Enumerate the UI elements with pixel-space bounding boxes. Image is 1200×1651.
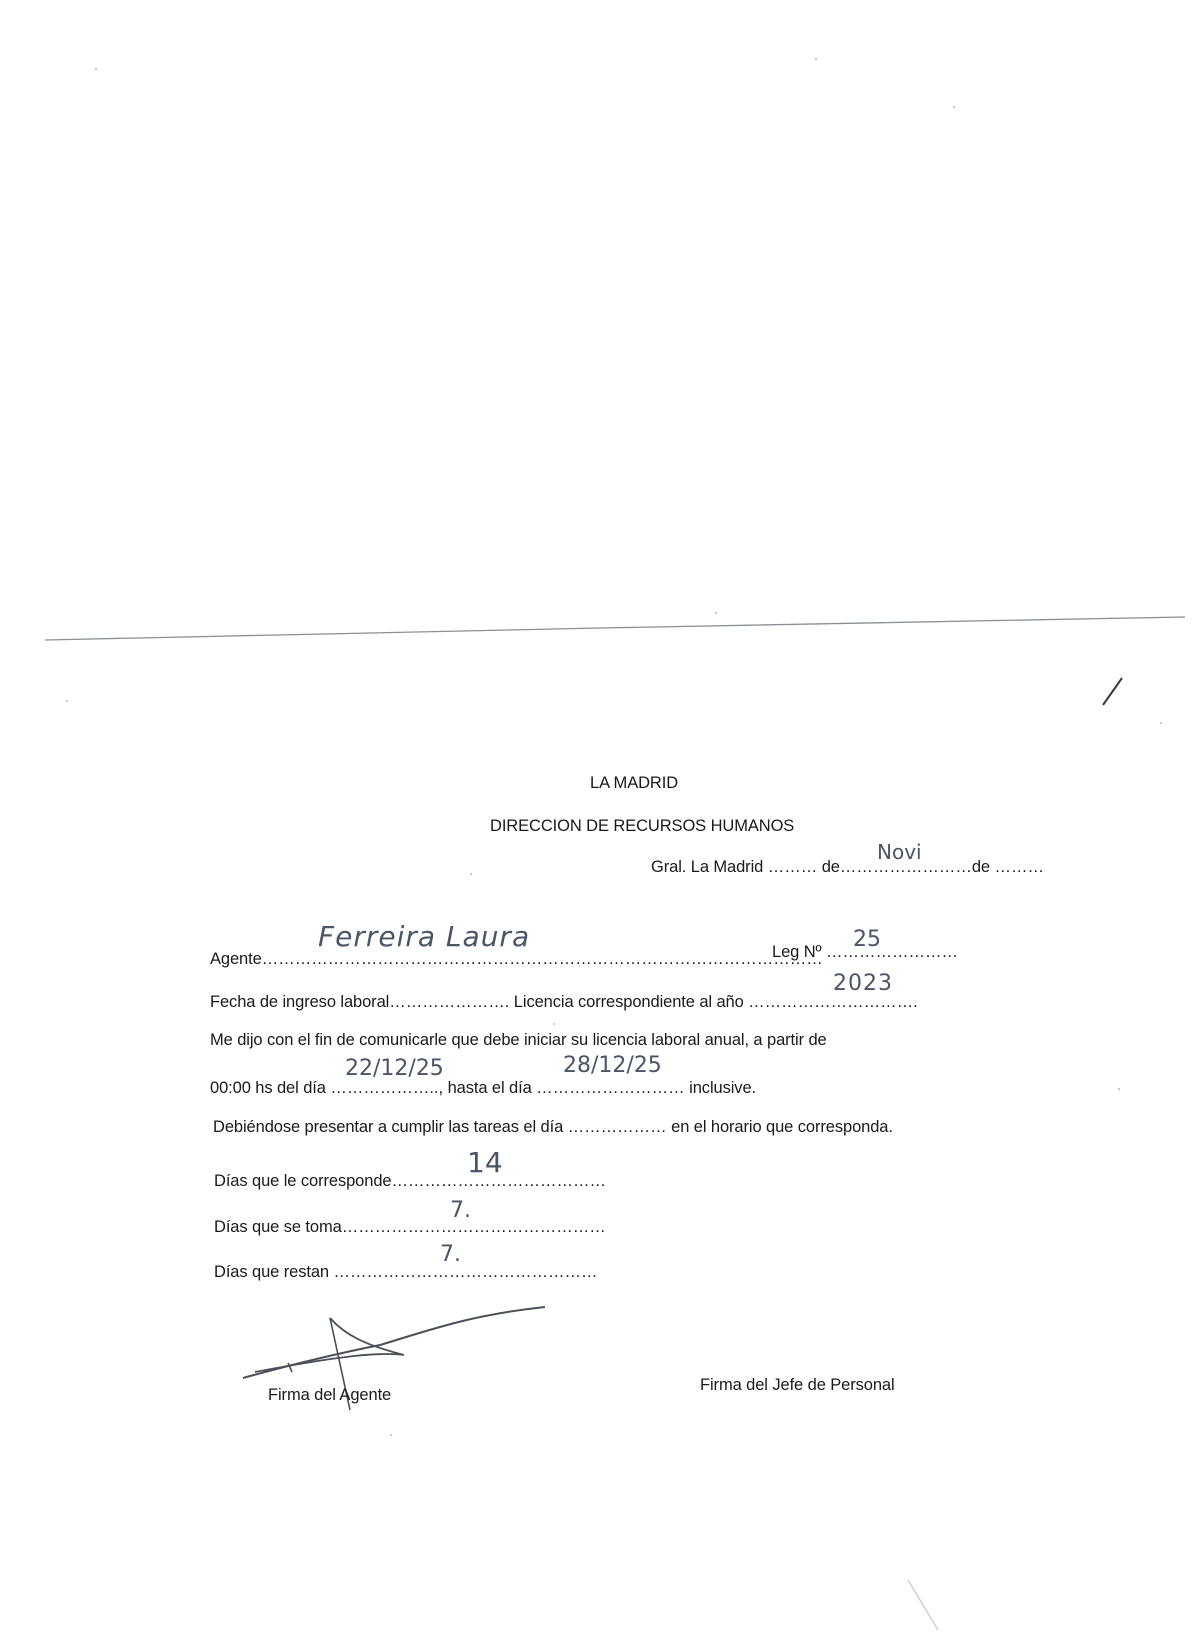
from-date-handwritten: 22/12/25 xyxy=(345,1056,444,1081)
org-heading: LA MADRID xyxy=(590,774,678,793)
days-toma-line: Días que se toma………………………………………… xyxy=(214,1218,606,1237)
scan-scratch xyxy=(908,1580,938,1630)
department-heading: DIRECCION DE RECURSOS HUMANOS xyxy=(490,817,794,836)
day-field[interactable]: ……… xyxy=(768,858,818,876)
return-line: Debiéndose presentar a cumplir las tarea… xyxy=(213,1118,893,1137)
days-toma-value: 7. xyxy=(450,1198,471,1223)
days-toma-field[interactable]: ………………………………………… xyxy=(342,1218,606,1236)
from-date-field[interactable]: ……………….., xyxy=(330,1079,443,1097)
leg-field[interactable]: …………………… xyxy=(826,943,958,961)
days-restan-value: 7. xyxy=(440,1242,461,1267)
ingreso-line: Fecha de ingreso laboral…………………. Licenci… xyxy=(210,993,918,1012)
fecha-ingreso-label: Fecha de ingreso laboral xyxy=(210,993,389,1011)
days-corresponde-value: 14 xyxy=(467,1146,503,1179)
agente-name-handwritten: Ferreira Laura xyxy=(318,920,530,953)
firma-jefe-label: Firma del Jefe de Personal xyxy=(700,1376,895,1395)
year-field[interactable]: ……… xyxy=(994,858,1044,876)
until-date-field[interactable]: ……………………… xyxy=(536,1079,685,1097)
body-line-1: Me dijo con el fin de comunicarle que de… xyxy=(210,1031,827,1050)
agente-label: Agente xyxy=(210,950,262,968)
licencia-year-handwritten: 2023 xyxy=(833,971,893,996)
days-corresponde-line: Días que le corresponde………………………………… xyxy=(214,1172,606,1191)
leg-number-handwritten: 25 xyxy=(853,927,881,952)
month-handwritten: Novi xyxy=(877,840,922,864)
leg-label: Leg Nº xyxy=(772,943,821,961)
licencia-label: Licencia correspondiente al año xyxy=(514,993,744,1011)
until-date-handwritten: 28/12/25 xyxy=(563,1053,662,1078)
place-date-line: Gral. La Madrid ……… de……………………de ……… xyxy=(651,858,1044,877)
check-mark xyxy=(1103,678,1122,705)
return-date-field[interactable]: ……………… xyxy=(568,1118,667,1136)
place-prefix: Gral. La Madrid xyxy=(651,858,763,876)
days-restan-line: Días que restan ………………………………………… xyxy=(214,1263,597,1282)
firma-agente-label: Firma del Agente xyxy=(268,1386,391,1405)
days-restan-field[interactable]: ………………………………………… xyxy=(333,1263,597,1281)
fecha-ingreso-field[interactable]: …………………. xyxy=(389,993,509,1011)
fold-line xyxy=(45,617,1185,640)
dates-line: 00:00 hs del día ……………….., hasta el día … xyxy=(210,1079,756,1098)
